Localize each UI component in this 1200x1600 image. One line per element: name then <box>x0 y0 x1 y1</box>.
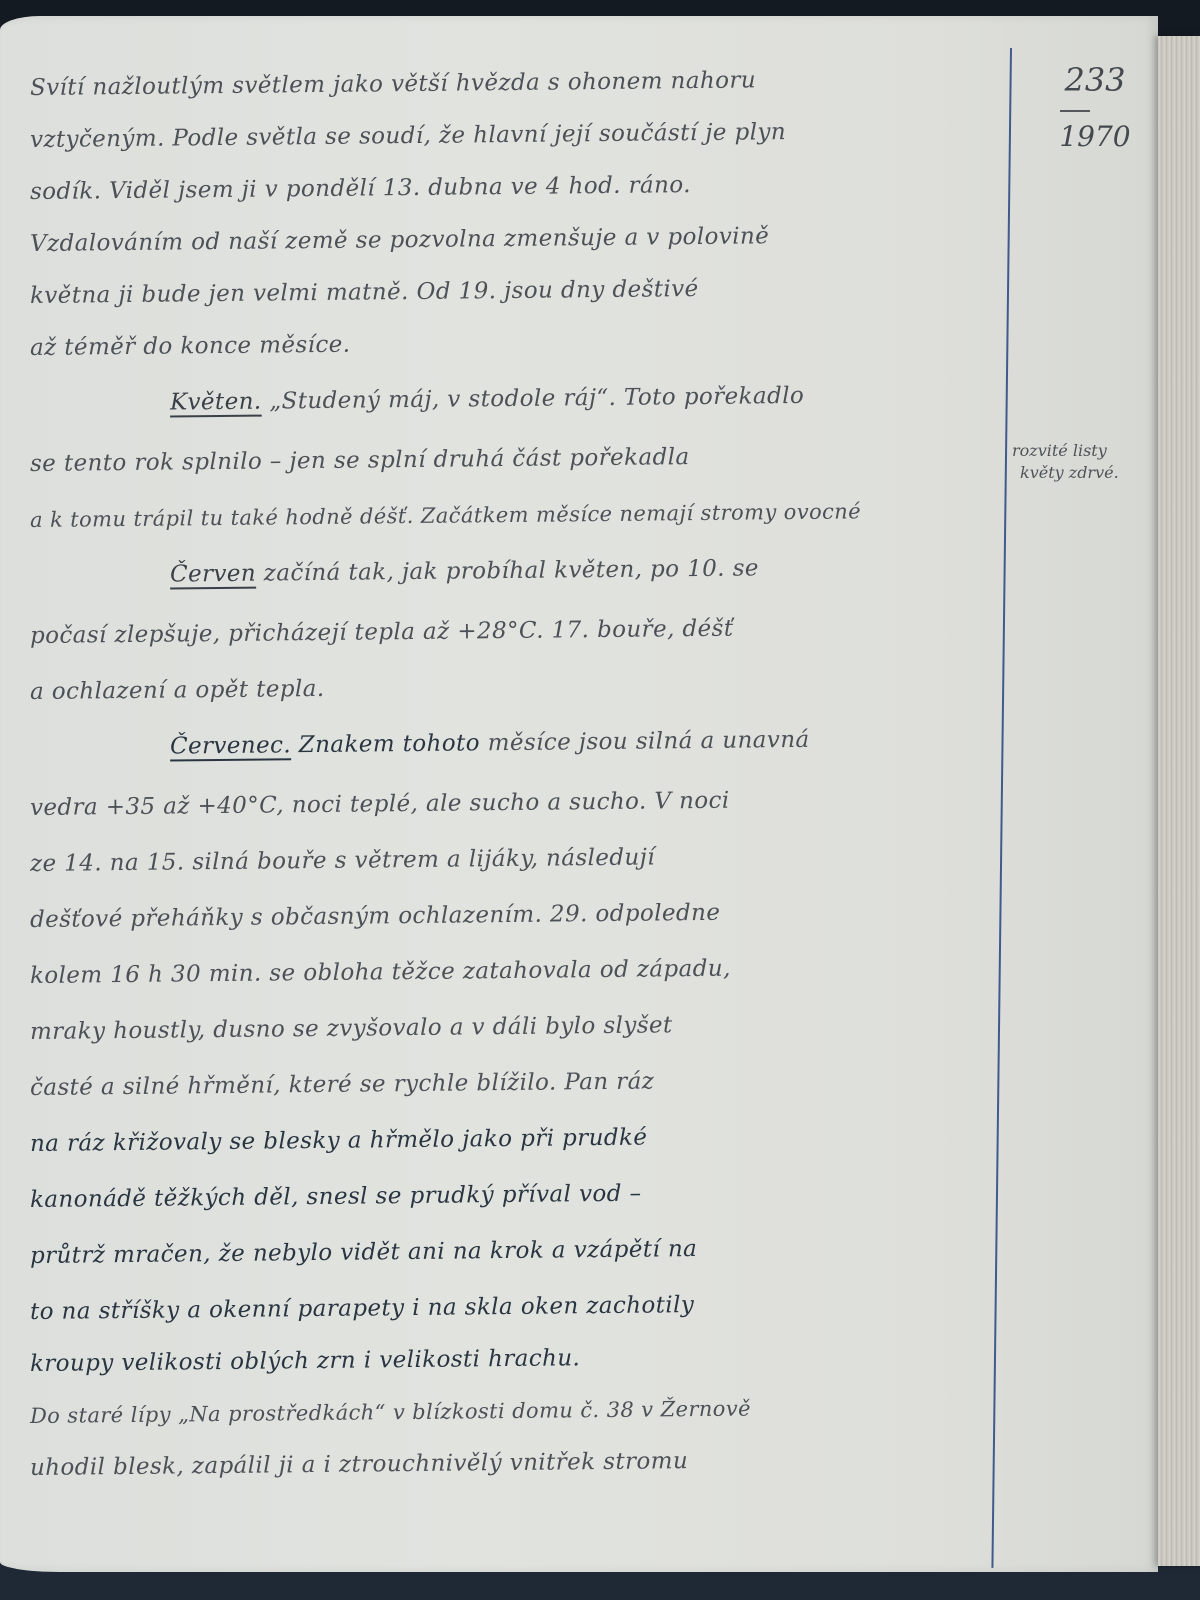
page-number: 233 <box>1030 60 1160 100</box>
margin-column: 233 1970 <box>1030 60 1160 154</box>
section-june: Červen začíná tak, jak probíhal květen, … <box>30 536 1006 606</box>
text-fragment: „Studený máj, v stodole ráj“. Toto pořek… <box>269 383 804 415</box>
section-heading: Červenec. <box>170 732 291 759</box>
text-line: průtrž mračen, že nebylo vidět ani na kr… <box>30 1216 1006 1286</box>
chronicle-text: Svítí nažloutlým světlem jako větší hvěz… <box>30 62 1005 1494</box>
section-heading: Červen <box>170 561 256 588</box>
text-line: mraky houstly, dusno se zvyšovalo a v dá… <box>30 992 1006 1062</box>
margin-note-line: rozvité listy <box>1012 440 1172 462</box>
page-number-divider <box>1060 110 1090 112</box>
text-line: vedra +35 až +40°C, noci teplé, ale such… <box>30 768 1006 838</box>
text-line: se tento rok splnilo – jen se splní druh… <box>30 424 1006 494</box>
section-july: Červenec. Znakem tohoto měsíce jsou siln… <box>30 708 1006 778</box>
text-line: uhodil blesk, zapálil ji a i ztrouchnivě… <box>30 1432 1005 1494</box>
margin-note-line: květy zdrvé. <box>1012 462 1172 484</box>
text-fragment: měsíce jsou silná a unavná <box>488 727 810 756</box>
book-page-edges <box>1158 36 1200 1566</box>
margin-note: rozvité listy květy zdrvé. <box>1012 440 1172 484</box>
text-fragment: Znakem tohoto <box>299 730 480 758</box>
text-fragment: začíná tak, jak probíhal květen, po 10. … <box>264 555 759 586</box>
scanned-page: 233 1970 rozvité listy květy zdrvé. Svít… <box>0 0 1200 1600</box>
text-line: na ráz křižovaly se blesky a hřmělo jako… <box>30 1104 1006 1174</box>
section-may: Květen. „Studený máj, v stodole ráj“. To… <box>30 364 1006 434</box>
section-heading: Květen. <box>170 389 262 416</box>
text-line: počasí zlepšuje, přicházejí tepla až +28… <box>30 596 1006 666</box>
year-label: 1970 <box>1030 120 1160 154</box>
text-line: dešťové přeháňky s občasným ochlazením. … <box>30 880 1006 950</box>
